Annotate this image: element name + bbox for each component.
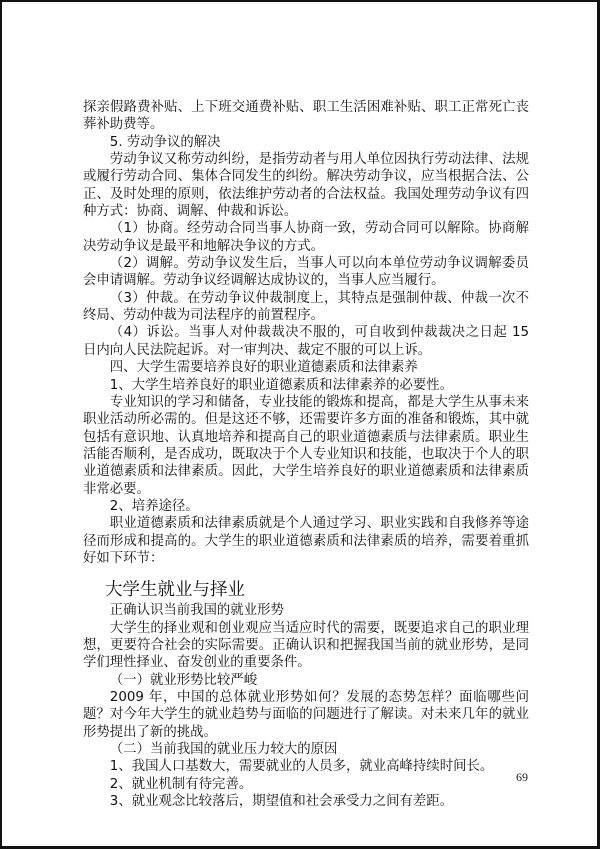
paragraph-negotiation: （1）协商。经劳动合同当事人协商一致，劳动合同可以解除。协商解决劳动争议是最平和… (83, 220, 529, 255)
paragraph-dispute-definition: 劳动争议又称劳动纠纷，是指劳动者与用人单位因执行劳动法律、法规或履行劳动合同、集… (83, 151, 529, 220)
paragraph-necessity: 专业知识的学习和储备，专业技能的锻炼和提高，都是大学生从事未来职业活动所必需的。… (83, 394, 529, 498)
paragraph-litigation: （4）诉讼。当事人对仲裁裁决不服的，可自收到仲裁裁决之日起 15 日内向人民法院… (83, 324, 529, 359)
list-item-cause-2: 2、就业机制有待完善。 (83, 776, 529, 793)
paragraph-mediation: （2）调解。劳动争议发生后，当事人可以向本单位劳动争议调解委员会申请调解。劳动争… (83, 255, 529, 290)
subsection-title-necessity: 1、大学生培养良好的职业道德素质和法律素养的必要性。 (83, 377, 529, 394)
list-item-cause-3: 3、就业观念比较落后，期望值和社会承受力之间有差距。 (83, 793, 529, 810)
paragraph-continuation: 探亲假路费补贴、上下班交通费补贴、职工生活困难补贴、职工正常死亡丧葬补助费等。 (83, 99, 529, 134)
paragraph-cultivation: 职业道德素质和法律素质就是个人通过学习、职业实践和自我修养等途径而形成和提高的。… (83, 515, 529, 567)
subsection-title-cultivation: 2、培养途径。 (83, 498, 529, 515)
page-body: 探亲假路费补贴、上下班交通费补贴、职工生活困难补贴、职工正常死亡丧葬补助费等。 … (83, 99, 529, 810)
paragraph-arbitration: （3）仲裁。在劳动争议仲裁制度上，其特点是强制仲裁、仲裁一次不终局、劳动仲裁为司… (83, 290, 529, 325)
paragraph-career-view: 大学生的择业观和创业观应当适应时代的需要，既要追求自己的职业理想，更要符合社会的… (83, 620, 529, 672)
page-number: 69 (516, 770, 528, 785)
paragraph-2009-situation: 2009 年，中国的总体就业形势如何？发展的态势怎样？面临哪些问题？对今年大学生… (83, 689, 529, 741)
subsection-title-dispute-resolution: 5. 劳动争议的解决 (83, 134, 529, 151)
subsection-title-pressure-causes: （二）当前我国的就业压力较大的原因 (83, 741, 529, 758)
subsection-title-severe-situation: （一）就业形势比较严峻 (83, 672, 529, 689)
section-heading: 大学生就业与择业 (83, 579, 529, 601)
document-page: 探亲假路费补贴、上下班交通费补贴、职工生活困难补贴、职工正常死亡丧葬补助费等。 … (0, 0, 600, 849)
subsection-title-employment-situation: 正确认识当前我国的就业形势 (83, 602, 529, 619)
section-title-ethics-law: 四、大学生需要培养良好的职业道德素质和法律素养 (83, 359, 529, 376)
list-item-cause-1: 1、我国人口基数大，需要就业的人员多，就业高峰持续时间长。 (83, 758, 529, 775)
